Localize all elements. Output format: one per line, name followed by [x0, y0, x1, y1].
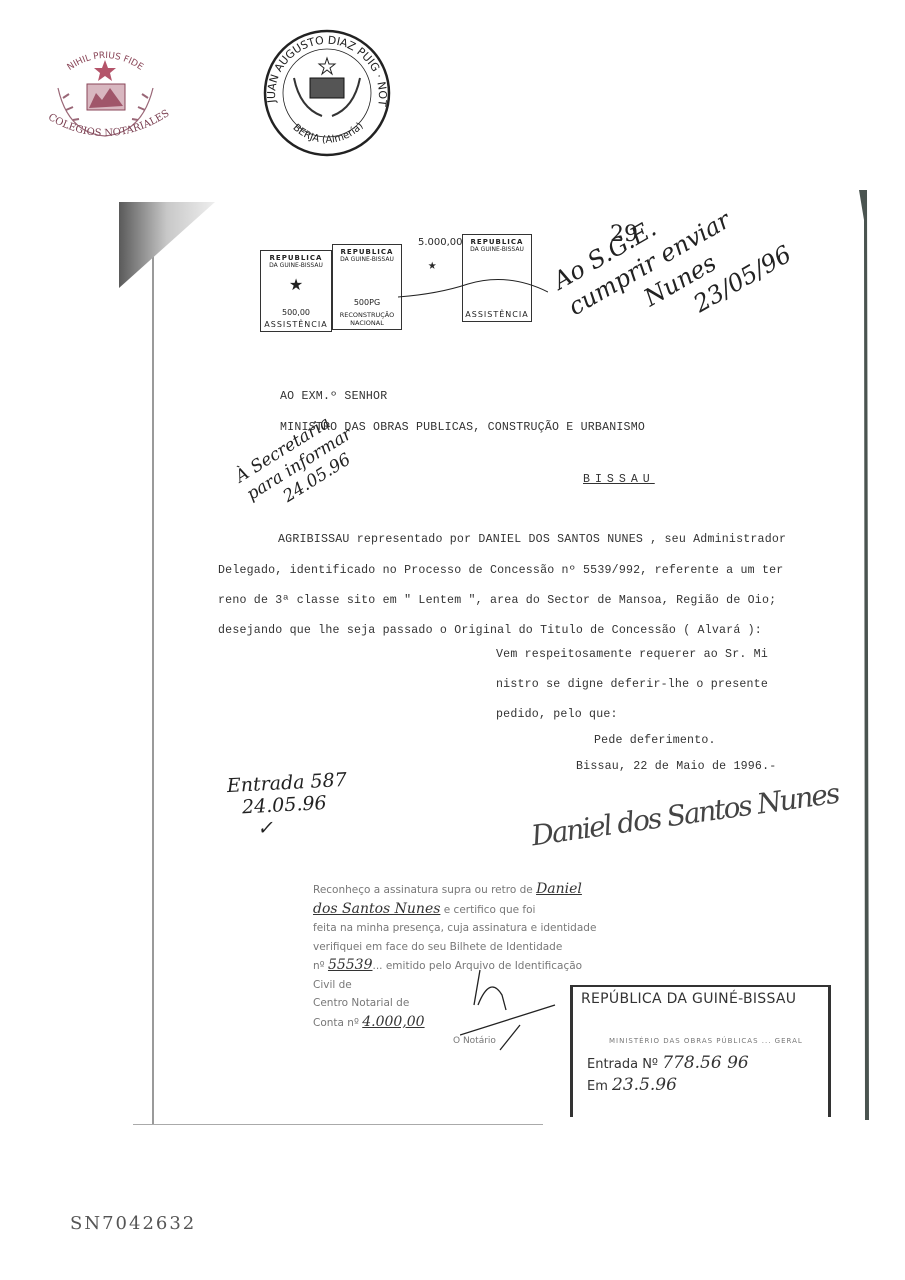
cancellation-line — [398, 272, 548, 302]
svg-text:BERJA (Almería): BERJA (Almería) — [290, 121, 365, 146]
recipient: MINISTRO DAS OBRAS PUBLICAS, CONSTRUÇÃO … — [280, 421, 645, 434]
closing: Pede deferimento. — [594, 734, 716, 747]
body-line: Delegado, identificado no Processo de Co… — [218, 564, 783, 577]
applicant-signature: Daniel dos Santos Nunes — [529, 777, 840, 853]
serial-number: SN7042632 — [70, 1213, 196, 1234]
request-line: Vem respeitosamente requerer ao Sr. Mi — [496, 648, 768, 661]
recipient-city: BISSAU — [583, 473, 655, 486]
page-right-edge — [859, 190, 869, 1120]
star-icon: ★ — [261, 275, 331, 294]
entry-annotation: Entrada 587 24.05.96 ✓ — [226, 769, 349, 841]
notarial-college-seal: NIHIL PRIUS FIDE COLEGIOS NOTARIALES DE … — [38, 38, 173, 148]
folded-page-corner — [119, 200, 215, 288]
revenue-stamp: REPUBLICA DA GUINE-BISSAU 500PG RECONSTR… — [332, 244, 402, 330]
entry-registration-stamp: REPÚBLICA DA GUINÉ-BISSAU MINISTÉRIO DAS… — [570, 985, 831, 1117]
body-line: desejando que lhe seja passado o Origina… — [218, 624, 762, 637]
page-left-edge — [152, 205, 154, 1125]
notary-seal: JUAN AUGUSTO DIAZ PUIG · NOTARIO BERJA (… — [262, 28, 392, 158]
date-line: Bissau, 22 de Maio de 1996.- — [576, 760, 776, 773]
stamp-value: 5.000,00 — [418, 237, 463, 248]
revenue-stamps: REPUBLICA DA GUINE-BISSAU ★ 500,00 ASSIS… — [258, 232, 548, 332]
body-line: AGRIBISSAU representado por DANIEL DOS S… — [278, 533, 786, 546]
notary-signature — [460, 965, 560, 1055]
body-line: reno de 3ª classe sito em " Lentem ", ar… — [218, 594, 776, 607]
request-line: nistro se digne deferir-lhe o presente — [496, 678, 768, 691]
dispatch-annotation: Ao S.G.E. cumprir enviar Nunes 23/05/96 — [548, 161, 797, 374]
revenue-stamp: REPUBLICA DA GUINE-BISSAU ★ 500,00 ASSIS… — [260, 250, 332, 332]
salutation: AO EXM.º SENHOR — [280, 390, 387, 403]
request-line: pedido, pelo que: — [496, 708, 618, 721]
page-bottom-edge — [133, 1124, 543, 1125]
